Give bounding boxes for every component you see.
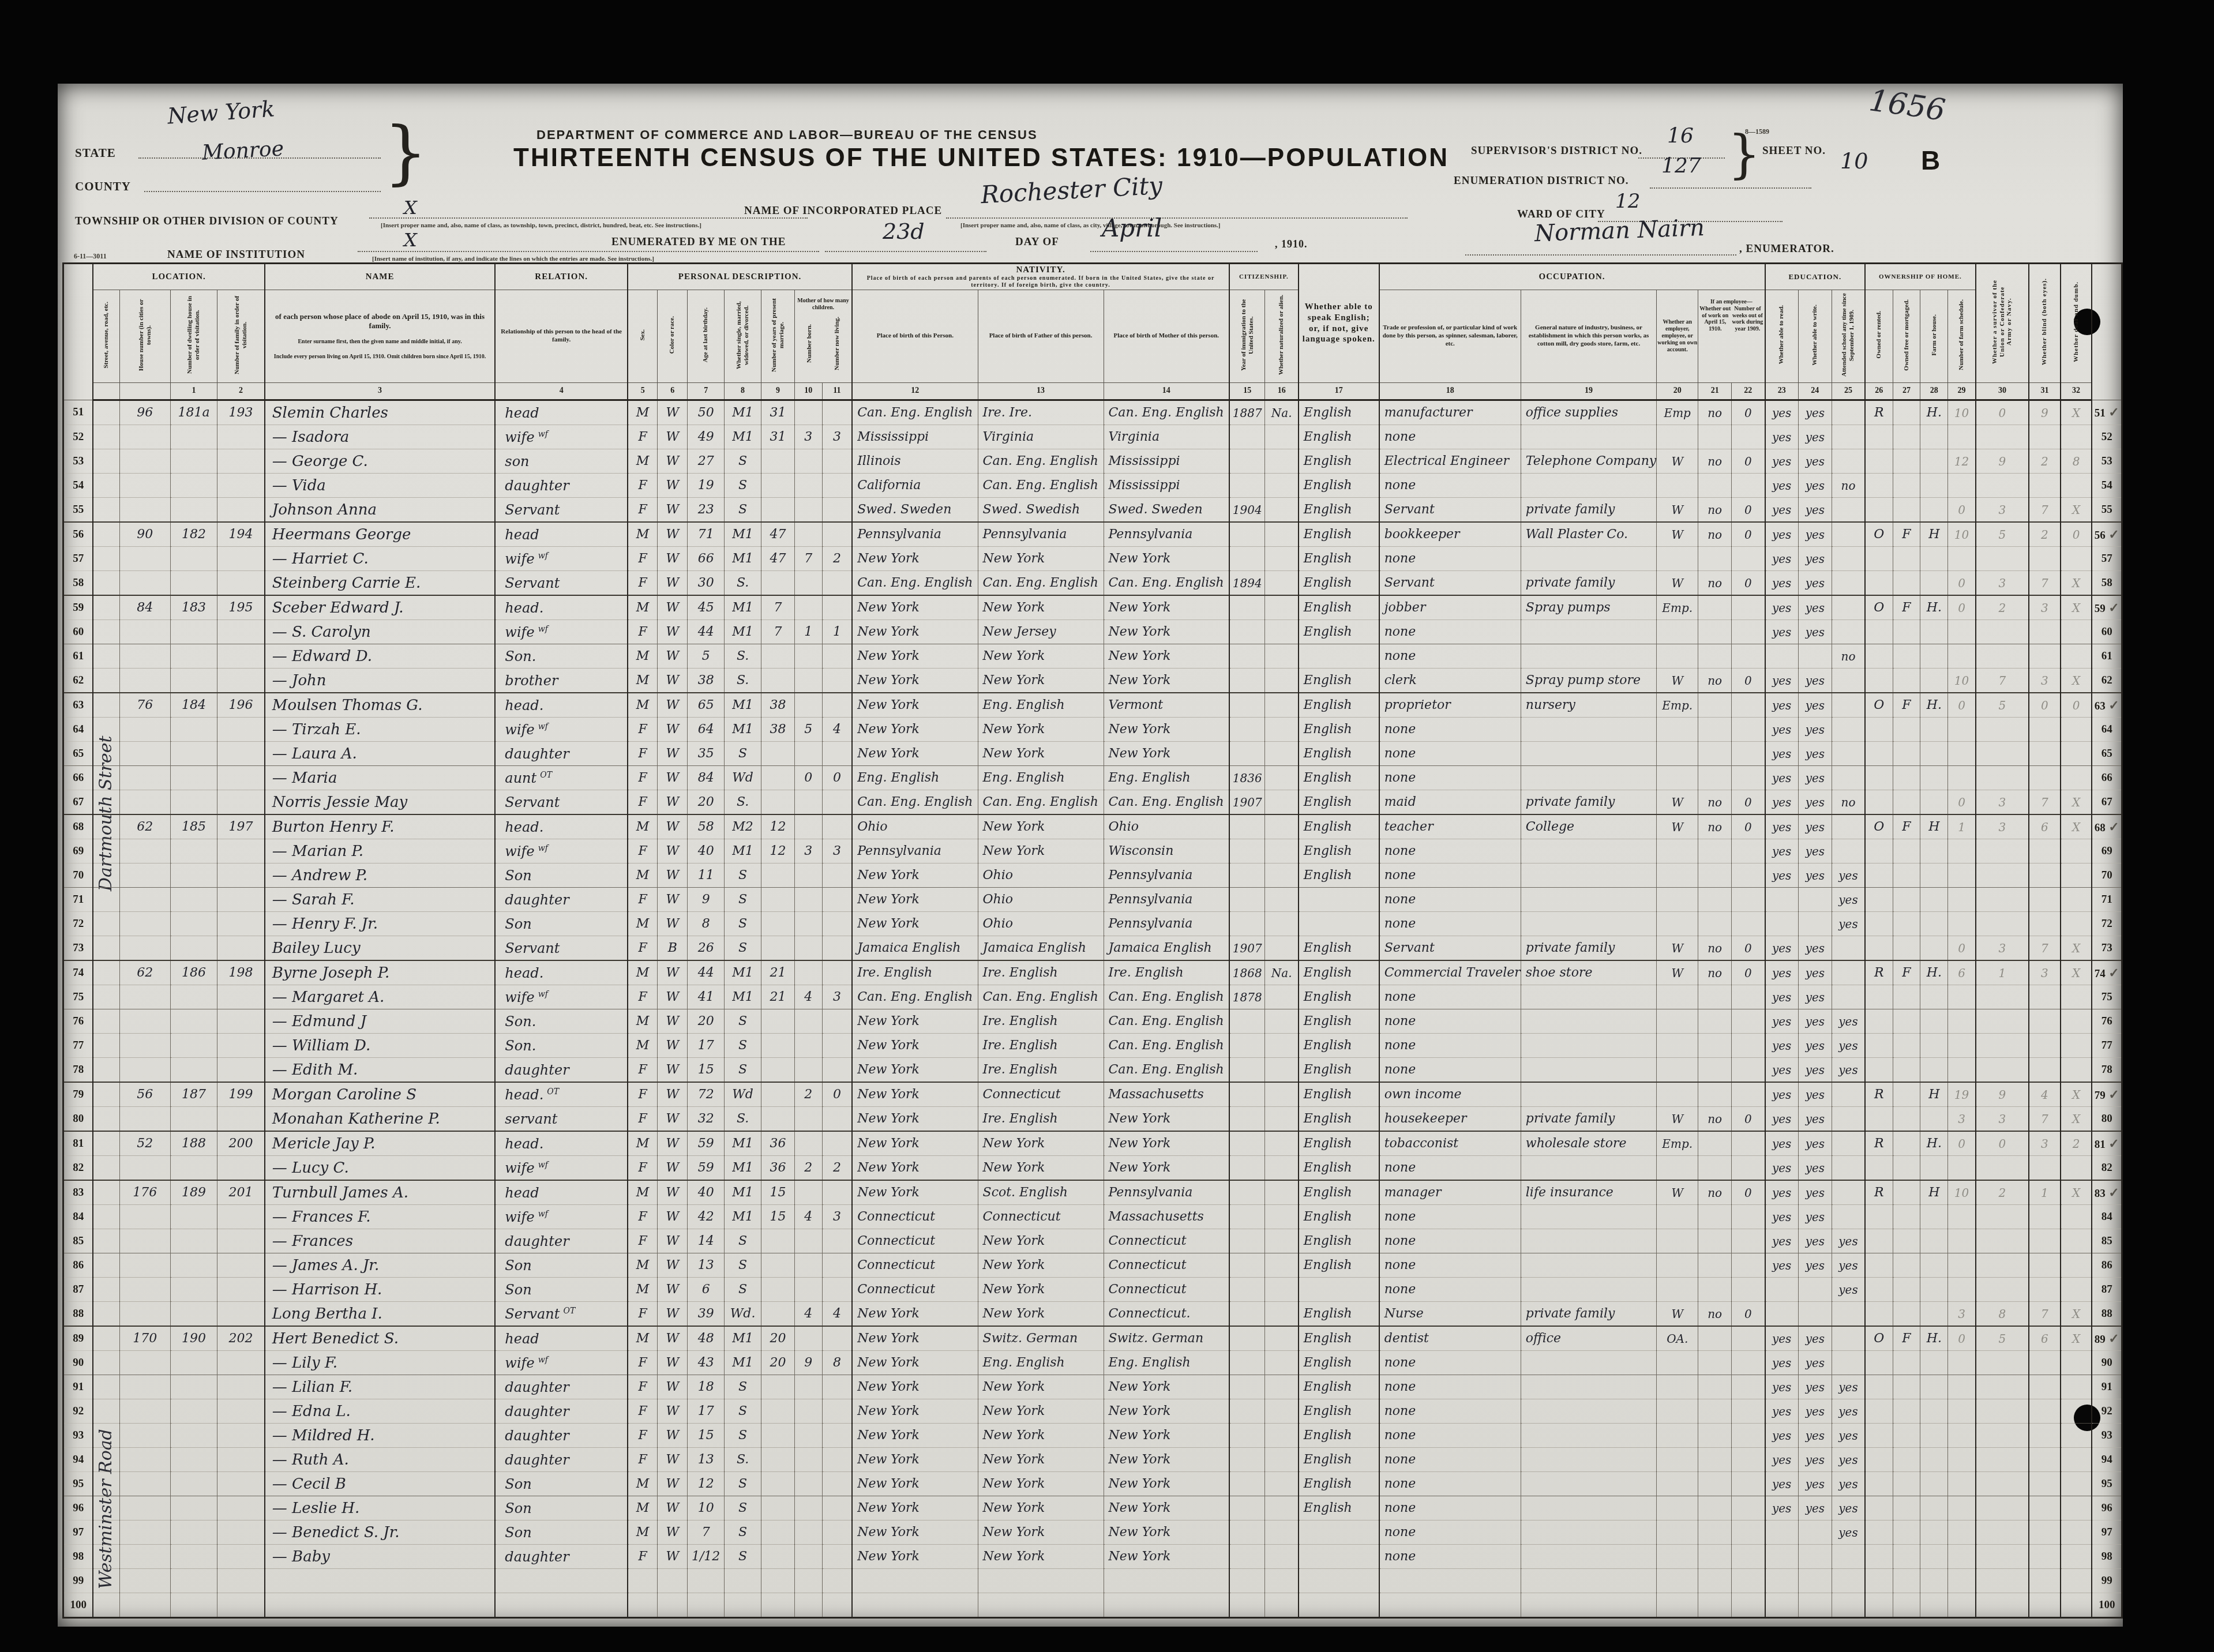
owned-free-mortgaged [1893,863,1920,888]
war-survivor: 9 [1976,449,2029,474]
marital-status: M1 [725,547,761,571]
farm-schedule [1948,1448,1976,1472]
farm-schedule [1948,985,1976,1009]
marital-status: S [725,912,761,936]
industry [1521,888,1656,912]
line-no-left: 60 [63,620,93,644]
children-born [794,1496,822,1520]
birthplace-father: Ohio [978,888,1104,912]
age: 65 [688,693,725,718]
person-row: 91— Lilian F.daughterFW18SNew YorkNew Yo… [63,1375,2122,1399]
relation: daughter [495,1424,628,1448]
children-born [794,1424,822,1448]
deaf-dumb [2061,1058,2092,1083]
speaks-english [1299,1569,1379,1593]
weeks-out-of-work: 0 [1732,814,1765,839]
family-number [217,644,265,669]
color-race: W [658,1107,688,1132]
street [93,814,119,839]
able-write: yes [1798,1082,1832,1107]
blind [2029,1034,2061,1058]
birthplace-father: Switz. German [978,1326,1104,1351]
group-relation: RELATION. [495,264,628,290]
birthplace-mother: Can. Eng. English [1104,571,1229,596]
years-married [761,790,795,815]
years-married [761,742,795,766]
name: Monahan Katherine P. [265,1107,496,1132]
children-born [794,1472,822,1496]
name: — Sarah F. [265,888,496,912]
enumerator-value: Norman Nairn [1534,215,1705,247]
children-born [794,1520,822,1545]
line-no-right: 68 ✓ [2092,814,2122,839]
name: — Mildred H. [265,1424,496,1448]
birthplace-father: Connecticut [978,1205,1104,1229]
naturalized-alien [1265,1472,1299,1496]
trade: proprietor [1379,693,1521,718]
out-of-work [1698,1545,1732,1569]
employer-status [1657,1156,1698,1181]
deaf-dumb [2061,1593,2092,1618]
deaf-dumb [2061,1399,2092,1424]
weeks-out-of-work [1732,1205,1765,1229]
line-no-right: 76 [2092,1009,2122,1034]
immigration-year [1229,425,1265,449]
speaks-english: English [1299,1205,1379,1229]
children-born [794,522,822,547]
person-row: 54— VidadaughterFW19SCaliforniaCan. Eng.… [63,474,2122,498]
naturalized-alien [1265,1082,1299,1107]
children-born [794,1253,822,1278]
col-marital-desc: Whether single, married, widowed, or div… [725,290,761,383]
color-race: W [658,1180,688,1205]
farm-or-house [1920,1399,1948,1424]
able-write: yes [1798,669,1832,693]
industry [1521,1278,1656,1302]
trade: none [1379,1253,1521,1278]
person-row: 65— Laura A.daughterFW35SNew YorkNew Yor… [63,742,2122,766]
group-citizenship: CITIZENSHIP. [1229,264,1299,290]
color-race: W [658,595,688,620]
out-of-work: no [1698,814,1732,839]
able-read: yes [1765,547,1799,571]
house-number [119,912,170,936]
able-write: yes [1798,1131,1832,1156]
able-write: yes [1798,1424,1832,1448]
dwelling-number [170,912,217,936]
line-no-left: 84 [63,1205,93,1229]
deaf-dumb [2061,1229,2092,1253]
birthplace-father: New York [978,595,1104,620]
children-living [822,1009,852,1034]
children-born: 4 [794,1302,822,1327]
birthplace-father: Ire. English [978,1009,1104,1034]
line-no-left: 59 [63,595,93,620]
name: — Marian P. [265,839,496,863]
house-number [119,1107,170,1132]
employer-status: OA. [1657,1326,1698,1351]
owned-rented: R [1865,960,1893,985]
war-survivor [1976,425,2029,449]
children-born: 0 [794,766,822,790]
weeks-out-of-work: 0 [1732,790,1765,815]
farm-or-house [1920,1107,1948,1132]
family-number [217,1278,265,1302]
able-write: yes [1798,498,1832,523]
war-survivor [1976,1034,2029,1058]
birthplace-mother: Can. Eng. English [1104,1058,1229,1083]
sex: F [628,547,658,571]
age: 40 [688,839,725,863]
industry: private family [1521,790,1656,815]
able-read [1765,1520,1799,1545]
line-no-left: 80 [63,1107,93,1132]
age: 15 [688,1058,725,1083]
able-read: yes [1765,985,1799,1009]
industry: private family [1521,1302,1656,1327]
war-survivor [1976,1593,2029,1618]
age: 38 [688,669,725,693]
birthplace-father: New York [978,1375,1104,1399]
family-number [217,498,265,523]
census-scan-page: { "page": { "code": "1656", "form_no_lef… [0,0,2214,1652]
speaks-english: English [1299,400,1379,425]
able-write: yes [1798,742,1832,766]
line-no-left: 63 [63,693,93,718]
col-farm-desc: Farm or house. [1920,290,1948,383]
person-row: 70— Andrew P.SonMW11SNew YorkOhioPennsyl… [63,863,2122,888]
name: Moulsen Thomas G. [265,693,496,718]
dwelling-number [170,839,217,863]
house-number: 62 [119,960,170,985]
enum-district-line [1650,187,1811,189]
relation: head. [495,595,628,620]
children-living [822,936,852,961]
color-race: W [658,449,688,474]
house-number [119,1034,170,1058]
owned-rented [1865,1253,1893,1278]
weeks-out-of-work [1732,1058,1765,1083]
house-number [119,498,170,523]
sex: M [628,595,658,620]
sex: M [628,960,658,985]
blind [2029,1351,2061,1375]
war-survivor: 7 [1976,669,2029,693]
able-write: yes [1798,1253,1832,1278]
speaks-english: English [1299,1107,1379,1132]
col-naturalized-desc: Whether naturalized or alien. [1265,290,1299,383]
age: 19 [688,474,725,498]
industry [1521,839,1656,863]
owned-free-mortgaged [1893,1009,1920,1034]
deaf-dumb: X [2061,1107,2092,1132]
attended-school [1832,547,1865,571]
trade: Servant [1379,936,1521,961]
blind [2029,1472,2061,1496]
birthplace-mother: Massachusetts [1104,1205,1229,1229]
line-no-right: 91 [2092,1375,2122,1399]
birthplace-mother [1104,1569,1229,1593]
name: Johnson Anna [265,498,496,523]
children-living [822,644,852,669]
employer-status: Emp. [1657,1131,1698,1156]
birthplace-mother: Eng. English [1104,766,1229,790]
years-married: 31 [761,400,795,425]
person-row: 98— BabydaughterFW1/12SNew YorkNew YorkN… [63,1545,2122,1569]
able-read [1765,644,1799,669]
deaf-dumb [2061,1448,2092,1472]
farm-or-house [1920,1278,1948,1302]
dwelling-number [170,1351,217,1375]
industry [1521,547,1656,571]
immigration-year [1229,1009,1265,1034]
farm-schedule [1948,644,1976,669]
farm-or-house [1920,790,1948,815]
house-number [119,1399,170,1424]
birthplace-person: New York [852,1448,978,1472]
years-married [761,1253,795,1278]
trade: Servant [1379,498,1521,523]
children-living [822,1180,852,1205]
children-living [822,1131,852,1156]
speaks-english: English [1299,425,1379,449]
line-no-right: 77 [2092,1034,2122,1058]
birthplace-mother: Virginia [1104,425,1229,449]
line-no-right: 61 [2092,644,2122,669]
house-number [119,742,170,766]
deaf-dumb [2061,1496,2092,1520]
owned-rented [1865,425,1893,449]
street [93,960,119,985]
able-write: yes [1798,400,1832,425]
owned-rented [1865,766,1893,790]
marital-status: S. [725,571,761,596]
col-school-desc: Attended school any time since September… [1832,290,1865,383]
naturalized-alien [1265,1156,1299,1181]
owned-free-mortgaged: F [1893,960,1920,985]
relation: Servant [495,790,628,815]
speaks-english: English [1299,571,1379,596]
farm-or-house: H [1920,814,1948,839]
weeks-out-of-work: 0 [1732,400,1765,425]
employer-status [1657,1205,1698,1229]
naturalized-alien [1265,1399,1299,1424]
color-race: W [658,498,688,523]
children-born [794,1034,822,1058]
birthplace-mother: New York [1104,1472,1229,1496]
age: 12 [688,1472,725,1496]
employer-status [1657,1593,1698,1618]
immigration-year [1229,1034,1265,1058]
line-no-left: 99 [63,1569,93,1593]
name: Turnbull James A. [265,1180,496,1205]
immigration-year [1229,1082,1265,1107]
attended-school: yes [1832,1375,1865,1399]
immigration-year [1229,522,1265,547]
birthplace-father: New York [978,742,1104,766]
township-hint: [Insert proper name and, also, name of c… [381,222,701,229]
sex: F [628,474,658,498]
birthplace-person: Can. Eng. English [852,790,978,815]
person-row: 76— Edmund JSon.MW20SNew YorkIre. Englis… [63,1009,2122,1034]
blind [2029,839,2061,863]
birthplace-mother: Pennsylvania [1104,912,1229,936]
marital-status: S [725,888,761,912]
line-no-right: 79 ✓ [2092,1082,2122,1107]
able-write [1798,1278,1832,1302]
speaks-english: English [1299,474,1379,498]
family-number: 201 [217,1180,265,1205]
dwelling-number [170,1278,217,1302]
person-row: 5690182194Heermans GeorgeheadMW71M147Pen… [63,522,2122,547]
farm-schedule [1948,1156,1976,1181]
weeks-out-of-work [1732,718,1765,742]
farm-or-house: H. [1920,595,1948,620]
line-no-right: 58 [2092,571,2122,596]
deaf-dumb [2061,742,2092,766]
farm-or-house [1920,1058,1948,1083]
street [93,644,119,669]
age: 66 [688,547,725,571]
owned-free-mortgaged [1893,1520,1920,1545]
speaks-english: English [1299,718,1379,742]
relation: Son [495,1520,628,1545]
attended-school [1832,1107,1865,1132]
birthplace-father: Can. Eng. English [978,449,1104,474]
industry: private family [1521,571,1656,596]
color-race: W [658,985,688,1009]
house-number [119,1205,170,1229]
speaks-english: English [1299,863,1379,888]
farm-schedule [1948,620,1976,644]
immigration-year [1229,1156,1265,1181]
able-read: yes [1765,742,1799,766]
house-number: 84 [119,595,170,620]
dwelling-number [170,1009,217,1034]
weeks-out-of-work [1732,644,1765,669]
line-no-left: 97 [63,1520,93,1545]
sex: F [628,888,658,912]
speaks-english: English [1299,498,1379,523]
col-employer-desc: Whether an employer, employee, or workin… [1657,290,1698,383]
years-married [761,888,795,912]
naturalized-alien [1265,1107,1299,1132]
employer-status: W [1657,449,1698,474]
line-no-left: 75 [63,985,93,1009]
blind: 0 [2029,693,2061,718]
enumerated-year: , 1910. [1275,238,1308,250]
line-no-right: 53 [2092,449,2122,474]
color-race: W [658,1278,688,1302]
name: — Baby [265,1545,496,1569]
out-of-work [1698,1131,1732,1156]
trade: none [1379,863,1521,888]
farm-or-house [1920,1009,1948,1034]
blind [2029,912,2061,936]
years-married [761,644,795,669]
family-number: 198 [217,960,265,985]
out-of-work: no [1698,1180,1732,1205]
dwelling-number [170,547,217,571]
attended-school [1832,766,1865,790]
industry [1521,766,1656,790]
birthplace-mother: New York [1104,718,1229,742]
place-label: Name of incorporated place [744,205,942,217]
color-race: W [658,400,688,425]
house-number [119,766,170,790]
birthplace-person: Illinois [852,449,978,474]
blind [2029,742,2061,766]
war-survivor: 3 [1976,571,2029,596]
farm-schedule [1948,1058,1976,1083]
war-survivor [1976,718,2029,742]
years-married: 12 [761,839,795,863]
birthplace-person: Can. Eng. English [852,571,978,596]
out-of-work [1698,718,1732,742]
attended-school [1832,985,1865,1009]
deaf-dumb [2061,644,2092,669]
line-no-right: 71 [2092,888,2122,912]
years-married [761,1107,795,1132]
age: 13 [688,1253,725,1278]
birthplace-person: Pennsylvania [852,839,978,863]
col-deaf-desc: Whether deaf and dumb. [2061,264,2092,383]
war-survivor: 5 [1976,1326,2029,1351]
name: — Henry F. Jr. [265,912,496,936]
out-of-work: no [1698,1107,1732,1132]
owned-free-mortgaged [1893,571,1920,596]
ward-value: 12 [1615,190,1640,213]
birthplace-father: New Jersey [978,620,1104,644]
industry: nursery [1521,693,1656,718]
children-living [822,1107,852,1132]
sheet-value: 10 [1840,148,1868,174]
dwelling-number [170,1520,217,1545]
street [93,693,119,718]
birthplace-mother: New York [1104,742,1229,766]
street [93,1034,119,1058]
immigration-year [1229,1424,1265,1448]
street [93,888,119,912]
col-owned-desc: Owned or rented. [1865,290,1893,383]
dwelling-number: 190 [170,1326,217,1351]
person-row: 86— James A. Jr.SonMW13SConnecticutNew Y… [63,1253,2122,1278]
immigration-year: 1907 [1229,790,1265,815]
farm-schedule: 1 [1948,814,1976,839]
col-immigration-desc: Year of immigration to the United States… [1229,290,1265,383]
children-born [794,1593,822,1618]
attended-school [1832,1156,1865,1181]
relation: wifewf [495,1205,628,1229]
family-number [217,474,265,498]
industry: life insurance [1521,1180,1656,1205]
trade: none [1379,1034,1521,1058]
township-label: Township or other division of county [75,215,339,228]
industry: wholesale store [1521,1131,1656,1156]
blind [2029,547,2061,571]
color-race: W [658,912,688,936]
name: — Maria [265,766,496,790]
person-row: 71— Sarah F.daughterFW9SNew YorkOhioPenn… [63,888,2122,912]
able-read [1765,888,1799,912]
birthplace-person: Can. Eng. English [852,985,978,1009]
house-number [119,1229,170,1253]
age: 40 [688,1180,725,1205]
marital-status: S [725,1253,761,1278]
able-write: yes [1798,1399,1832,1424]
farm-or-house [1920,644,1948,669]
farm-or-house [1920,1448,1948,1472]
